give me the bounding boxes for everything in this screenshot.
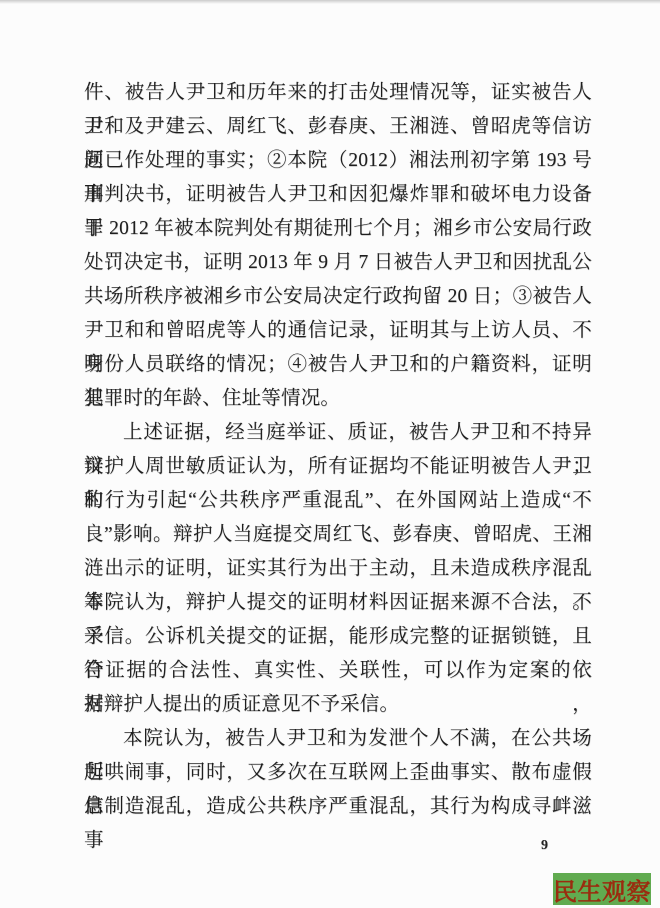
text-line: 件、被告人尹卫和历年来的打击处理情况等，证实被告人尹 [84, 76, 592, 110]
text-line: 的行为引起“公共秩序严重混乱”、在外国网站上造成“不 [84, 484, 592, 518]
text-line: 采信。公诉机关提交的证据，能形成完整的证据锁链，且符 [84, 620, 592, 654]
watermark-stamp: 民生观察 [553, 873, 651, 905]
text-line: 犯罪时的年龄、住址等情况。 [84, 382, 592, 416]
text-line: 题已作处理的事实；②本院（2012）湘法刑初字第 193 号刑 [84, 144, 592, 178]
text-line: 卫和及尹建云、周红飞、彭春庚、王湘涟、曾昭虎等信访问 [84, 110, 592, 144]
text-line: 事判决书，证明被告人尹卫和因犯爆炸罪和破坏电力设备罪 [84, 178, 592, 212]
text-line: 起哄闹事，同时，又多次在互联网上歪曲事实、散布虚假信 [84, 756, 592, 790]
text-line: 处罚决定书，证明 2013 年 9 月 7 日被告人尹卫和因扰乱公 [84, 246, 592, 280]
text-line: 良”影响。辩护人当庭提交周红飞、彭春庚、曾昭虎、王湘 [84, 518, 592, 552]
text-line: 辩护人周世敏质证认为，所有证据均不能证明被告人尹卫和 [84, 450, 592, 484]
text-line: 本院认为，被告人尹卫和为发泄个人不满，在公共场所 [84, 722, 592, 756]
document-page: 件、被告人尹卫和历年来的打击处理情况等，证实被告人尹 卫和及尹建云、周红飞、彭春… [0, 0, 660, 908]
text-line: 共场所秩序被湘乡市公安局决定行政拘留 20 日；③被告人 [84, 280, 592, 314]
watermark-text: 民生观察 [553, 872, 651, 907]
page-number: 9 [541, 838, 548, 854]
text-line: 息制造混乱，造成公共秩序严重混乱，其行为构成寻衅滋事 [84, 790, 592, 824]
text-line: 尹卫和和曾昭虎等人的通信记录，证明其与上访人员、不明 [84, 314, 592, 348]
text-line: 本院认为，辩护人提交的证明材料因证据来源不合法，不予 [84, 586, 592, 620]
scan-edge-shadow [0, 0, 660, 4]
text-line: 于 2012 年被本院判处有期徒刑七个月；湘乡市公安局行政 [84, 212, 592, 246]
text-line: 合证据的合法性、真实性、关联性，可以作为定案的依据， [84, 654, 592, 688]
judgment-text: 件、被告人尹卫和历年来的打击处理情况等，证实被告人尹 卫和及尹建云、周红飞、彭春… [84, 76, 592, 824]
text-line: 上述证据，经当庭举证、质证，被告人尹卫和不持异议； [84, 416, 592, 450]
text-line: 身份人员联络的情况；④被告人尹卫和的户籍资料，证明其 [84, 348, 592, 382]
text-line: 涟出示的证明，证实其行为出于主动，且未造成秩序混乱等。 [84, 552, 592, 586]
